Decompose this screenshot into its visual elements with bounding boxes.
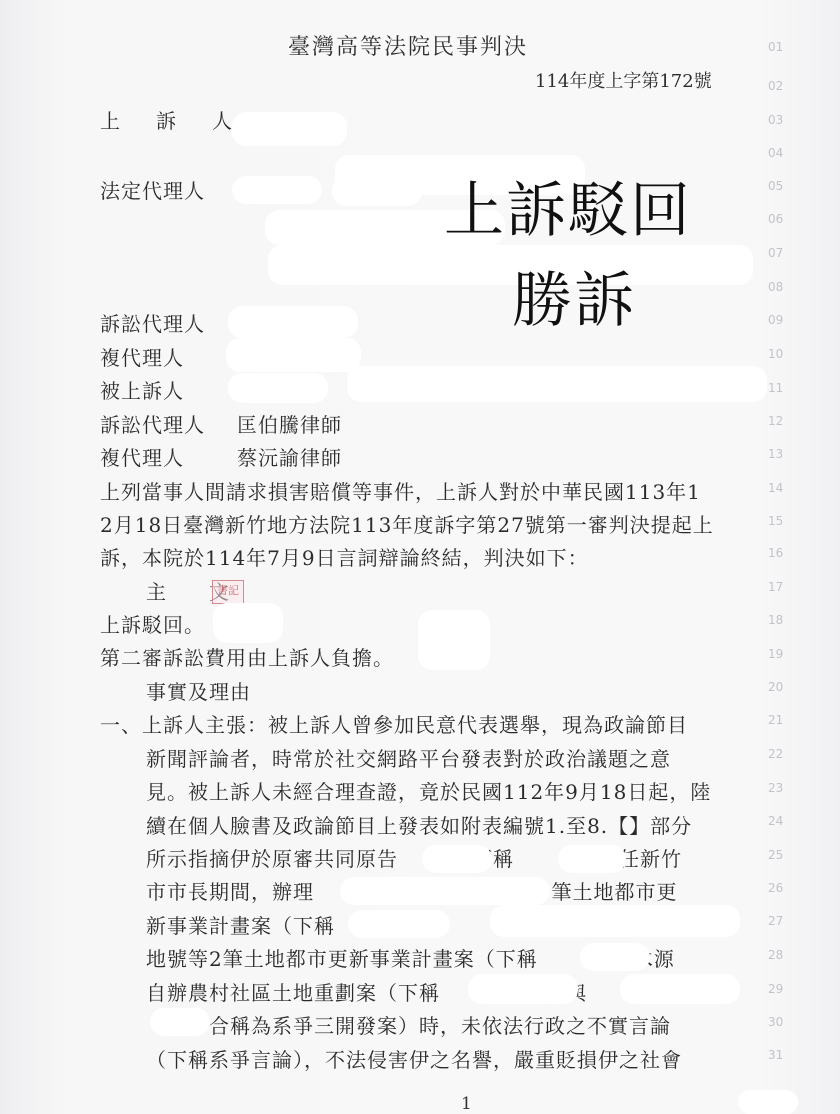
reason-line: 新聞評論者，時常於社交網路平台發表對於政治議題之意 [146,743,671,772]
line-number: 16 [768,546,783,560]
redaction [340,877,550,905]
line-number: 26 [768,881,783,895]
line-number: 25 [768,848,783,862]
line-number: 21 [768,713,783,727]
redaction [418,610,490,670]
line-number: 20 [768,680,783,694]
main-item: 第二審訴訟費用由上訴人負擔。 [100,642,394,671]
redaction [558,845,626,873]
redaction [226,338,361,372]
redaction [332,176,422,206]
line-number: 15 [768,514,783,528]
case-number: 114年度上字第172號 [535,67,712,93]
line-number: 18 [768,613,783,627]
intro-line: 訴，本院於114年7月9日言詞辯論終結，判決如下： [100,542,589,571]
line-number: 30 [768,1015,783,1029]
party-name: 匡伯騰律師 [237,409,342,438]
overlay-caption-line1: 上訴駁回 [444,163,692,249]
redaction [232,112,347,146]
line-number: 10 [768,347,783,361]
line-number: 14 [768,481,783,495]
line-number: 17 [768,580,783,594]
line-number: 28 [768,948,783,962]
page-number: 1 [461,1094,472,1114]
line-number: 31 [768,1048,783,1062]
line-number: 08 [768,280,783,294]
line-number: 22 [768,747,783,761]
party-name: 蔡沅諭律師 [237,442,342,471]
line-number: 02 [768,79,783,93]
line-number: 04 [768,146,783,160]
redaction [468,974,578,1004]
redaction [228,306,358,338]
redaction [228,373,328,403]
redaction [232,176,322,204]
redaction [422,845,492,873]
line-number: 01 [768,40,783,54]
reason-line: 合稱為系爭三開發案）時，未依法行政之不實言論 [146,1010,671,1039]
reason-line: 一、上訴人主張：被上訴人曾參加民意代表選舉，現為政論節目 [100,709,688,738]
redaction [490,905,740,937]
line-number: 13 [768,447,783,461]
party-role: 訴訟代理人 [100,409,205,438]
redaction [620,974,740,1004]
line-number: 07 [768,246,783,260]
reason-line: 續在個人臉書及政論節目上發表如附表編號1.至8.【】部分 [146,810,692,839]
main-item: 上訴駁回。 [100,609,205,638]
redaction [347,366,767,402]
clerk-stamp: 書記官 [212,580,244,604]
party-role: 複代理人 [100,442,184,471]
line-number: 19 [768,647,783,661]
redaction [150,1008,210,1036]
party-role: 被上訴人 [100,375,184,404]
redaction [738,1090,798,1114]
party-role: 訴訟代理人 [100,308,205,337]
line-number: 24 [768,814,783,828]
line-number: 05 [768,179,783,193]
line-number: 23 [768,781,783,795]
document-title: 臺灣高等法院民事判決 [288,30,528,61]
line-number: 09 [768,313,783,327]
line-number: 29 [768,982,783,996]
document-page: 01 02 03 04 05 06 07 08 09 10 11 12 13 1… [0,0,840,1114]
intro-line: 上列當事人間請求損害賠償等事件，上訴人對於中華民國113年1 [100,476,701,505]
overlay-caption-line2: 勝訴 [512,253,636,339]
redaction [213,603,283,643]
redaction [348,910,450,938]
line-number: 06 [768,212,783,226]
party-role: 上 訴 人 [100,105,240,134]
line-number: 27 [768,914,783,928]
reason-line: 見。被上訴人未經合理查證，竟於民國112年9月18日起，陸 [146,776,711,805]
line-number: 11 [768,381,783,395]
party-role: 法定代理人 [100,175,205,204]
line-number: 12 [768,414,783,428]
reason-line: （下稱系爭言論），不法侵害伊之名譽，嚴重貶損伊之社會 [146,1044,682,1073]
intro-line: 2月18日臺灣新竹地方法院113年度訴字第27號第一審判決提起上 [100,509,714,538]
redaction [268,245,753,285]
party-role: 複代理人 [100,342,184,371]
reason-heading: 事實及理由 [146,676,251,705]
line-number: 03 [768,113,783,127]
redaction [580,943,650,971]
